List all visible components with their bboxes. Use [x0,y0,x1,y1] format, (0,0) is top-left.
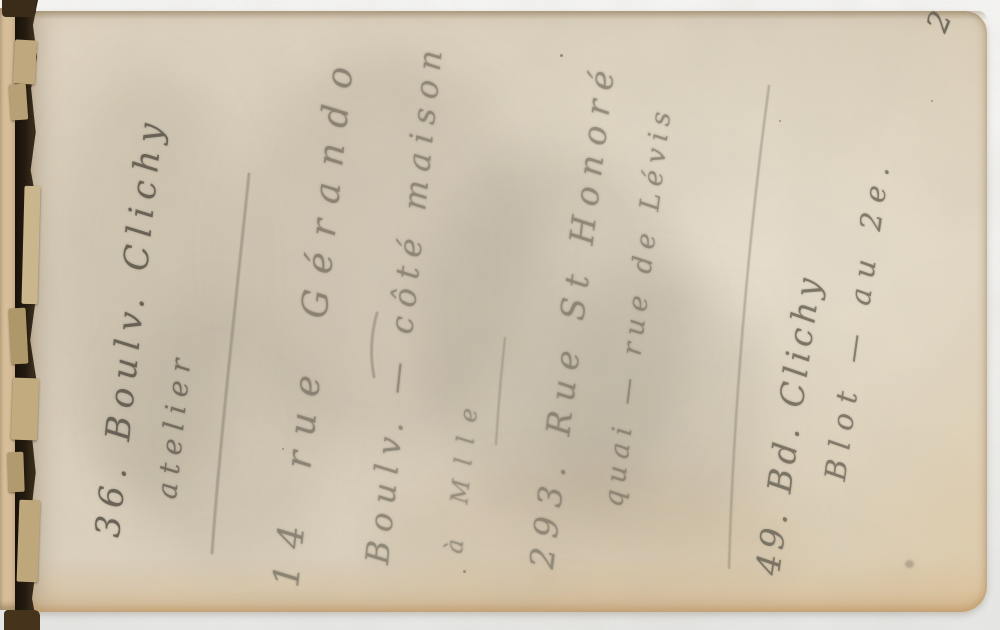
torn-paper-fragment [9,308,29,365]
torn-paper-fragment [4,610,40,630]
scanned-notebook-spread: 36. Boulv. Clichy atelier 14 rue Gérando… [0,0,1000,630]
torn-paper-fragment [7,452,24,493]
notebook-page [30,11,987,612]
previous-page-remnant [0,8,21,610]
torn-paper-fragment [9,83,28,120]
